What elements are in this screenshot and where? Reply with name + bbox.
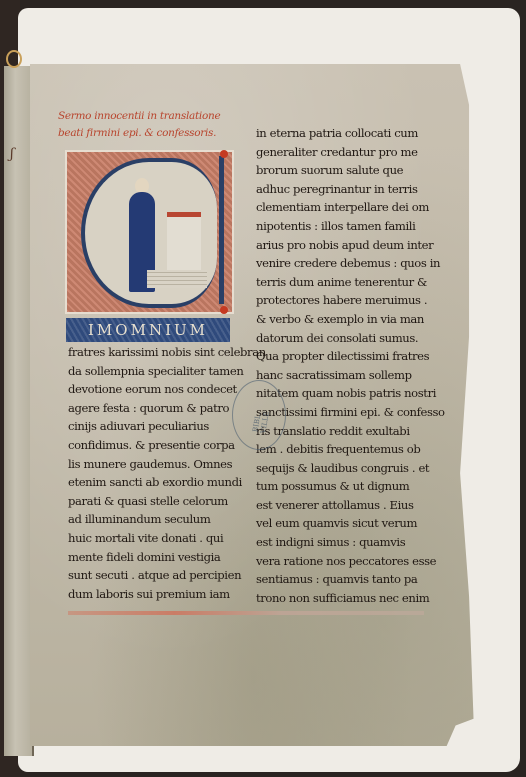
rubric-line: Sermo innocentii in translatione [58, 108, 238, 125]
text-line: Qua propter dilectissimi fratres [256, 347, 445, 366]
illuminated-initial [65, 150, 234, 314]
text-line: parati & quasi stelle celorum [68, 492, 266, 511]
text-line: protectores habere meruimus . [256, 291, 445, 310]
margin-mark: ʃ [10, 146, 14, 162]
decorative-border-line [68, 611, 424, 615]
text-line: ad illuminandum seculum [68, 510, 266, 529]
text-line: clementiam interpellare dei om [256, 198, 445, 217]
text-line: sentiamus : quamvis tanto pa [256, 570, 445, 589]
text-line: tum possumus & ut dignum [256, 477, 445, 496]
altar [167, 212, 201, 273]
text-line: brorum suorum salute que [256, 161, 445, 180]
text-line: nitatem quam nobis patris nostri [256, 384, 445, 403]
text-line: nipotentis : illos tamen famili [256, 217, 445, 236]
text-line: confidimus. & presentie corpa [68, 436, 266, 455]
adjacent-leaf-strip: ʃ [4, 66, 34, 756]
text-line: terris dum anime tenerentur & [256, 273, 445, 292]
initial-letter-stem [219, 156, 224, 304]
red-dot-ornament [220, 306, 228, 314]
text-line: da sollempnia specialiter tamen [68, 362, 266, 381]
text-line: sequijs & laudibus congruis . et [256, 459, 445, 478]
text-line: & verbo & exemplo in via man [256, 310, 445, 329]
text-line: est indigni simus : quamvis [256, 533, 445, 552]
text-line: huic mortali vite donati . qui [68, 529, 266, 548]
text-line: sunt secuti . atque ad percipien [68, 566, 266, 585]
clip-icon [6, 50, 22, 68]
rubric-heading: Sermo innocentii in translatione beati f… [58, 108, 238, 142]
text-line: mente fideli domini vestigia [68, 548, 266, 567]
text-line: generaliter credantur pro me [256, 143, 445, 162]
text-line: trono non sufficiamus nec enim [256, 589, 445, 608]
stamp-text: BIBL. VILLE [251, 388, 274, 434]
text-line: arius pro nobis apud deum inter [256, 236, 445, 255]
left-text-column: fratres karissimi nobis sint celebran da… [68, 343, 266, 603]
text-line: vel eum quamvis sicut verum [256, 514, 445, 533]
text-line: datorum dei consolati sumus. [256, 329, 445, 348]
text-line: etenim sancti ab exordio mundi [68, 473, 266, 492]
text-line: lis munere gaudemus. Omnes [68, 455, 266, 474]
rubric-line: beati firmini epi. & confessoris. [58, 125, 238, 142]
text-line: venire credere debemus : quos in [256, 254, 445, 273]
red-dot-ornament [220, 150, 228, 158]
initial-banner: IMOMNIUM [66, 318, 230, 342]
text-line: in eterna patria collocati cum [256, 124, 445, 143]
library-stamp: BIBL. VILLE [232, 380, 286, 450]
text-line: est venerer attollamus . Eius [256, 496, 445, 515]
text-line: lem . debitis frequentemus ob [256, 440, 445, 459]
text-line: fratres karissimi nobis sint celebran [68, 343, 266, 362]
text-line: vera ratione nos peccatores esse [256, 552, 445, 571]
text-line: hanc sacratissimam sollemp [256, 366, 445, 385]
text-line: adhuc peregrinantur in terris [256, 180, 445, 199]
altar-steps [147, 270, 207, 288]
right-text-column: in eterna patria collocati cum generalit… [256, 124, 445, 607]
text-line: dum laboris sui premium iam [68, 585, 266, 604]
